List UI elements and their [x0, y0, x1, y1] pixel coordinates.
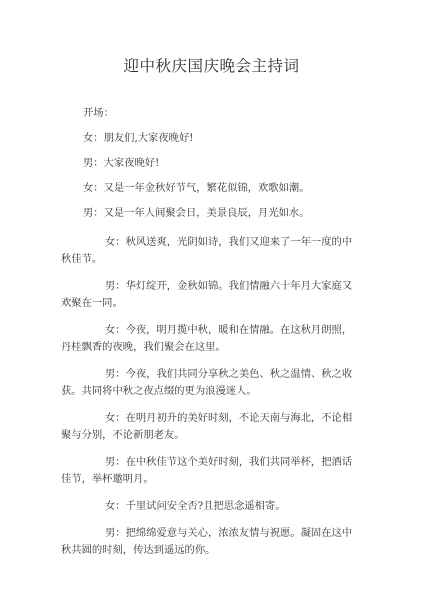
dialogue-paragraph: 男：今夜，我们共同分享秋之美色、秋之温情、秋之收 获。共同将中秋之夜点缀的更为浪…	[83, 366, 345, 400]
dialogue-paragraph: 女：在明月初升的美好时刻，不论天南与海北，不论相 聚与分别，不论新朋老友。	[83, 410, 345, 444]
paragraph-line: 男：今夜，我们共同分享秋之美色、秋之温情、秋之收	[83, 366, 345, 383]
paragraph-line: 女：千里试问安全否?且把思念遥相寄。	[83, 498, 345, 515]
dialogue-line: 女：朋友们,大家夜晚好!	[83, 130, 345, 147]
dialogue-paragraph: 女：秋风送爽，光阴如诗，我们又迎来了一年一度的中 秋佳节。	[83, 234, 345, 268]
paragraph-line: 佳节，举杯邀明月。	[61, 471, 345, 488]
paragraph-line: 女：今夜，明月揽中秋，暖和在情融。在这秋月朗照，	[83, 322, 345, 339]
dialogue-line: 男：大家夜晚好!	[83, 155, 345, 172]
dialogue-line: 女：又是一年金秋好节气，繁花似锦，欢歌如潮。	[83, 180, 345, 197]
paragraph-line: 男：把绵绵爱意与关心，浓浓友情与祝愿。凝固在这中	[83, 525, 345, 542]
document-page: 迎中秋庆国庆晚会主持词 开场： 女：朋友们,大家夜晚好! 男：大家夜晚好! 女：…	[0, 0, 423, 600]
document-title: 迎中秋庆国庆晚会主持词	[0, 54, 423, 76]
document-body: 开场： 女：朋友们,大家夜晚好! 男：大家夜晚好! 女：又是一年金秋好节气，繁花…	[83, 105, 345, 569]
dialogue-paragraph: 女：千里试问安全否?且把思念遥相寄。	[83, 498, 345, 515]
dialogue-paragraph: 男：华灯绽开，金秋如锦。我们情融六十年月大家庭又 欢聚在一同。	[83, 278, 345, 312]
paragraph-line: 丹桂飘香的夜晚，我们聚会在这里。	[61, 339, 345, 356]
dialogue-paragraph: 男：把绵绵爱意与关心，浓浓友情与祝愿。凝固在这中 秋共圆的时刻，传达到遥远的你。	[83, 525, 345, 559]
paragraph-line: 女：在明月初升的美好时刻，不论天南与海北，不论相	[83, 410, 345, 427]
paragraph-line: 男：在中秋佳节这个美好时刻，我们共同举杯，把酒话	[83, 454, 345, 471]
dialogue-paragraph: 女：今夜，明月揽中秋，暖和在情融。在这秋月朗照， 丹桂飘香的夜晚，我们聚会在这里…	[83, 322, 345, 356]
paragraph-line: 女：秋风送爽，光阴如诗，我们又迎来了一年一度的中	[83, 234, 345, 251]
paragraph-line: 聚与分别，不论新朋老友。	[61, 427, 345, 444]
dialogue-line: 男：又是一年人间聚会日，美景良辰，月光如水。	[83, 205, 345, 222]
dialogue-paragraph: 男：在中秋佳节这个美好时刻，我们共同举杯，把酒话 佳节，举杯邀明月。	[83, 454, 345, 488]
paragraph-line: 秋佳节。	[61, 251, 345, 268]
paragraph-line: 秋共圆的时刻，传达到遥远的你。	[61, 542, 345, 559]
paragraph-line: 欢聚在一同。	[61, 295, 345, 312]
section-label: 开场：	[83, 105, 345, 122]
paragraph-line: 获。共同将中秋之夜点缀的更为浪漫迷人。	[61, 383, 345, 400]
paragraph-line: 男：华灯绽开，金秋如锦。我们情融六十年月大家庭又	[83, 278, 345, 295]
